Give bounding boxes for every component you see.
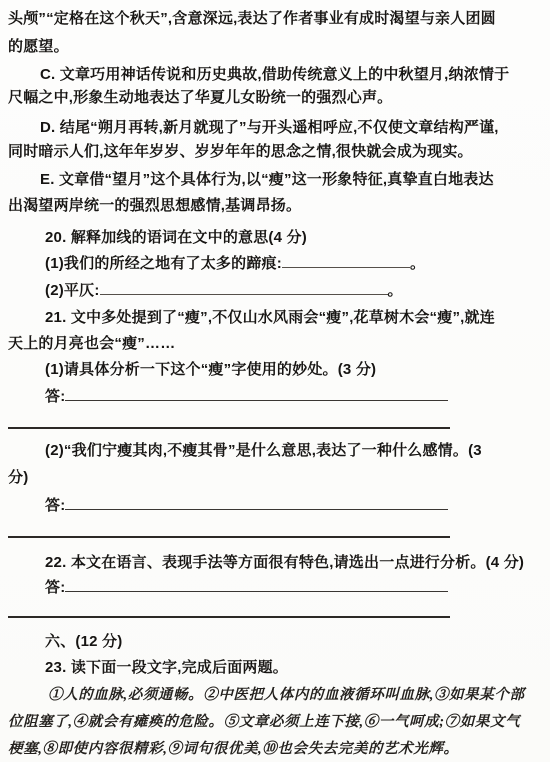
answer-label: 答: — [45, 579, 65, 596]
question-21-sub1-title: (1)请具体分析一下这个“瘦”字使用的妙处。(3 分) — [45, 360, 376, 380]
question-23-passage-line-2: 位阻塞了,④就会有瘫痪的危险。⑤文章必须上连下接,⑥一气呵成;⑦如果文气 — [8, 712, 520, 732]
question-23-passage-line-1: ①人的血脉,必须通畅。②中医把人体内的血液循环叫血脉,③如果某个部 — [48, 685, 525, 705]
intro-line-2: 的愿望。 — [8, 37, 69, 57]
q20-item2-blank — [100, 281, 388, 295]
answer-blank — [65, 387, 448, 401]
question-23-title: 23. 读下面一段文字,完成后面两题。 — [45, 658, 288, 678]
question-21-sub1-answer: 答: — [45, 387, 448, 407]
answer-blank — [65, 496, 448, 510]
intro-line-1: 头颅”“定格在这个秋天”,含意深远,表达了作者事业有成时渴望与亲人团圆 — [8, 9, 496, 29]
question-22-title: 22. 本文在语言、表现手法等方面很有特色,请选出一点进行分析。(4 分) — [45, 553, 524, 573]
option-d-line-1: D. 结尾“朔月再转,新月就现了”与开头遥相呼应,不仅使文章结构严谨, — [40, 118, 499, 138]
question-21-sub2-line-2: 分) — [8, 468, 28, 488]
question-20-item-1: (1)我们的所经之地有了太多的蹄痕:。 — [45, 254, 425, 274]
option-e-line-2: 出渴望两岸统一的强烈思想感情,基调昂扬。 — [8, 196, 301, 216]
q20-item1-label: (1)我们的所经之地有了太多的蹄痕: — [45, 255, 282, 272]
exam-page: 头颅”“定格在这个秋天”,含意深远,表达了作者事业有成时渴望与亲人团圆 的愿望。… — [0, 0, 550, 762]
option-e-line-1: E. 文章借“望月”这个具体行为,以“瘦”这一形象特征,真挚直白地表达 — [40, 170, 494, 190]
q20-item1-period: 。 — [410, 255, 425, 272]
answer-blank — [65, 578, 448, 592]
q20-item2-label: (2)平仄: — [45, 282, 100, 299]
question-21-sub2-line-1: (2)“我们宁瘦其肉,不瘦其骨”是什么意思,表达了一种什么感情。(3 — [45, 441, 482, 461]
answer-label: 答: — [45, 388, 65, 405]
answer-rule-line — [8, 427, 450, 429]
option-c-line-2: 尺幅之中,形象生动地表达了华夏儿女盼统一的强烈心声。 — [8, 88, 392, 108]
option-d-line-2: 同时暗示人们,这年年岁岁、岁岁年年的思念之情,很快就会成为现实。 — [8, 142, 473, 162]
question-23-passage-line-3: 梗塞,⑧即使内容很精彩,⑨词句很优美,⑩也会失去完美的艺术光辉。 — [8, 739, 459, 759]
answer-rule-line — [8, 616, 450, 618]
answer-rule-line — [8, 536, 450, 538]
q20-item1-blank — [282, 254, 410, 268]
answer-label: 答: — [45, 497, 65, 514]
question-20-title: 20. 解释加线的语词在文中的意思(4 分) — [45, 228, 307, 248]
section-6-heading: 六、(12 分) — [45, 632, 122, 652]
question-21-line-1: 21. 文中多处提到了“瘦”,不仅山水风雨会“瘦”,花草树木会“瘦”,就连 — [45, 308, 495, 328]
question-22-answer: 答: — [45, 578, 448, 598]
question-20-item-2: (2)平仄:。 — [45, 281, 403, 301]
q20-item2-period: 。 — [388, 282, 403, 299]
option-c-line-1: C. 文章巧用神话传说和历史典故,借助传统意义上的中秋望月,纳浓情于 — [40, 65, 509, 85]
question-21-line-2: 天上的月亮也会“瘦”…… — [8, 334, 175, 354]
question-21-sub2-answer: 答: — [45, 496, 448, 516]
